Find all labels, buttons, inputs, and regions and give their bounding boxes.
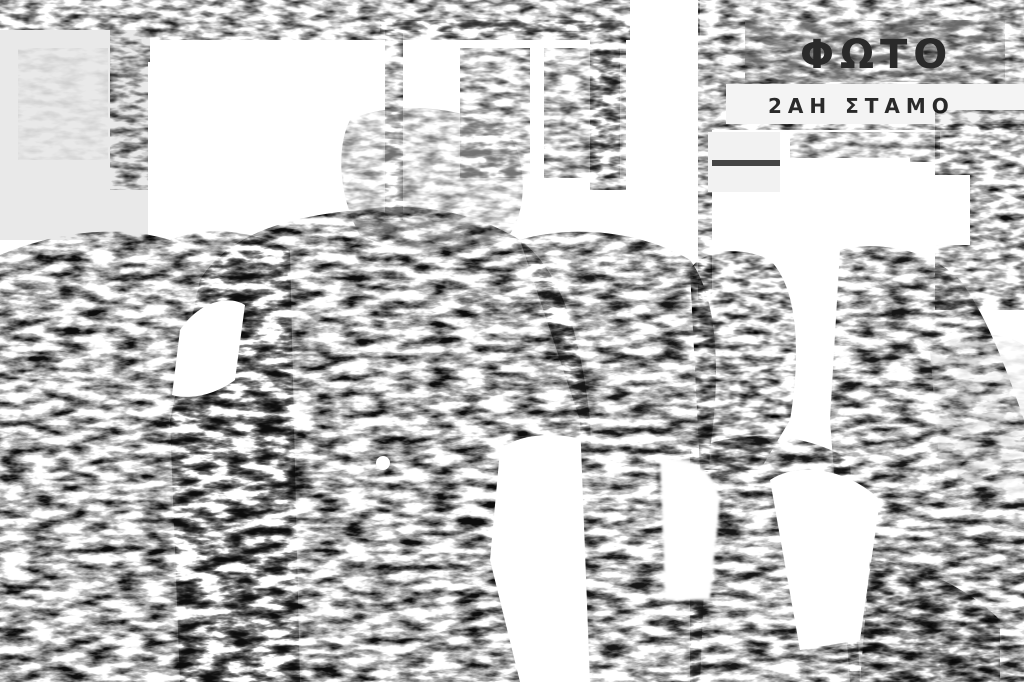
photo-scene: ΦΩΤΟ 2AΗ ΣΤΑΜΟ xyxy=(0,0,1024,682)
sign-upper-text: ΦΩΤΟ xyxy=(800,32,953,78)
photo-illustration: ΦΩΤΟ 2AΗ ΣΤΑΜΟ xyxy=(0,0,1024,682)
sign-lower-text: 2AΗ ΣΤΑΜΟ xyxy=(768,94,955,118)
